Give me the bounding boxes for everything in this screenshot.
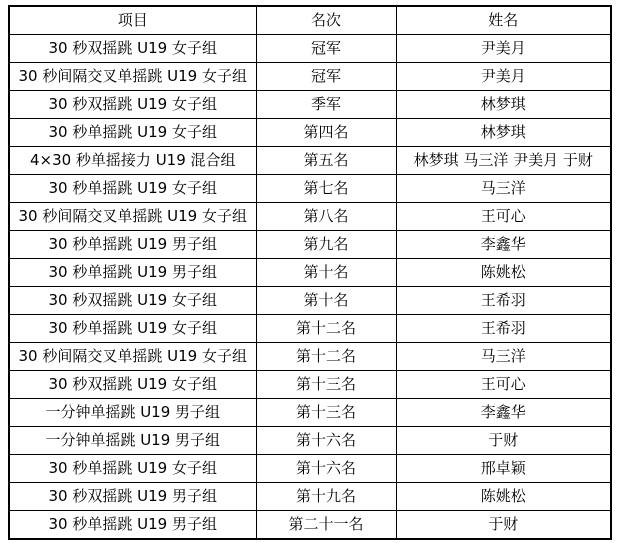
table-row: 30 秒单摇跳 U19 女子组 第四名 林梦琪 (9, 119, 611, 147)
rank-cell: 冠军 (256, 63, 396, 91)
table-row: 一分钟单摇跳 U19 男子组 第十三名 李鑫华 (9, 399, 611, 427)
name-cell: 陈姚松 (396, 259, 611, 287)
table-row: 一分钟单摇跳 U19 男子组 第十六名 于财 (9, 427, 611, 455)
rank-cell: 第九名 (256, 231, 396, 259)
event-cell: 30 秒双摇跳 U19 女子组 (9, 287, 256, 315)
rank-cell: 第十六名 (256, 455, 396, 483)
rank-cell: 第十九名 (256, 483, 396, 511)
results-table: 项目 名次 姓名 30 秒双摇跳 U19 女子组 冠军 尹美月 30 秒间隔交叉… (8, 5, 612, 540)
table-row: 4×30 秒单摇接力 U19 混合组 第五名 林梦琪 马三洋 尹美月 于财 (9, 147, 611, 175)
table-row: 30 秒双摇跳 U19 女子组 第十名 王希羽 (9, 287, 611, 315)
table-row: 30 秒单摇跳 U19 女子组 第十二名 王希羽 (9, 315, 611, 343)
table-row: 30 秒间隔交叉单摇跳 U19 女子组 第八名 王可心 (9, 203, 611, 231)
event-cell: 30 秒单摇跳 U19 女子组 (9, 175, 256, 203)
table-row: 30 秒双摇跳 U19 女子组 季军 林梦琪 (9, 91, 611, 119)
name-cell: 李鑫华 (396, 231, 611, 259)
event-cell: 30 秒单摇跳 U19 男子组 (9, 231, 256, 259)
rank-cell: 冠军 (256, 35, 396, 63)
table-row: 30 秒双摇跳 U19 女子组 冠军 尹美月 (9, 35, 611, 63)
table-row: 30 秒单摇跳 U19 女子组 第七名 马三洋 (9, 175, 611, 203)
header-row: 项目 名次 姓名 (9, 6, 611, 35)
table-row: 30 秒双摇跳 U19 女子组 第十三名 王可心 (9, 371, 611, 399)
name-cell: 王希羽 (396, 315, 611, 343)
rank-cell: 第五名 (256, 147, 396, 175)
event-cell: 30 秒间隔交叉单摇跳 U19 女子组 (9, 343, 256, 371)
name-cell: 马三洋 (396, 343, 611, 371)
table-row: 30 秒单摇跳 U19 男子组 第十名 陈姚松 (9, 259, 611, 287)
table-row: 30 秒间隔交叉单摇跳 U19 女子组 冠军 尹美月 (9, 63, 611, 91)
event-cell: 30 秒双摇跳 U19 女子组 (9, 371, 256, 399)
rank-cell: 第十二名 (256, 315, 396, 343)
event-cell: 30 秒单摇跳 U19 女子组 (9, 315, 256, 343)
name-cell: 王希羽 (396, 287, 611, 315)
table-row: 30 秒间隔交叉单摇跳 U19 女子组 第十二名 马三洋 (9, 343, 611, 371)
event-cell: 30 秒间隔交叉单摇跳 U19 女子组 (9, 63, 256, 91)
page: 项目 名次 姓名 30 秒双摇跳 U19 女子组 冠军 尹美月 30 秒间隔交叉… (0, 0, 618, 543)
name-cell: 林梦琪 马三洋 尹美月 于财 (396, 147, 611, 175)
rank-cell: 季军 (256, 91, 396, 119)
table-row: 30 秒单摇跳 U19 男子组 第九名 李鑫华 (9, 231, 611, 259)
event-cell: 一分钟单摇跳 U19 男子组 (9, 399, 256, 427)
header-name: 姓名 (396, 6, 611, 35)
name-cell: 马三洋 (396, 175, 611, 203)
name-cell: 王可心 (396, 371, 611, 399)
event-cell: 30 秒双摇跳 U19 女子组 (9, 91, 256, 119)
rank-cell: 第十名 (256, 287, 396, 315)
event-cell: 4×30 秒单摇接力 U19 混合组 (9, 147, 256, 175)
header-event: 项目 (9, 6, 256, 35)
rank-cell: 第十三名 (256, 399, 396, 427)
event-cell: 30 秒单摇跳 U19 男子组 (9, 511, 256, 540)
name-cell: 王可心 (396, 203, 611, 231)
table-row: 30 秒单摇跳 U19 女子组 第十六名 邢卓颖 (9, 455, 611, 483)
rank-cell: 第七名 (256, 175, 396, 203)
name-cell: 李鑫华 (396, 399, 611, 427)
event-cell: 30 秒间隔交叉单摇跳 U19 女子组 (9, 203, 256, 231)
name-cell: 邢卓颖 (396, 455, 611, 483)
event-cell: 30 秒单摇跳 U19 女子组 (9, 119, 256, 147)
table-row: 30 秒单摇跳 U19 男子组 第二十一名 于财 (9, 511, 611, 540)
name-cell: 于财 (396, 427, 611, 455)
rank-cell: 第二十一名 (256, 511, 396, 540)
rank-cell: 第十三名 (256, 371, 396, 399)
name-cell: 于财 (396, 511, 611, 540)
rank-cell: 第四名 (256, 119, 396, 147)
event-cell: 一分钟单摇跳 U19 男子组 (9, 427, 256, 455)
event-cell: 30 秒单摇跳 U19 男子组 (9, 259, 256, 287)
rank-cell: 第八名 (256, 203, 396, 231)
rank-cell: 第十名 (256, 259, 396, 287)
event-cell: 30 秒双摇跳 U19 女子组 (9, 35, 256, 63)
event-cell: 30 秒双摇跳 U19 男子组 (9, 483, 256, 511)
name-cell: 林梦琪 (396, 119, 611, 147)
name-cell: 尹美月 (396, 63, 611, 91)
rank-cell: 第十六名 (256, 427, 396, 455)
header-rank: 名次 (256, 6, 396, 35)
event-cell: 30 秒单摇跳 U19 女子组 (9, 455, 256, 483)
name-cell: 林梦琪 (396, 91, 611, 119)
name-cell: 尹美月 (396, 35, 611, 63)
name-cell: 陈姚松 (396, 483, 611, 511)
rank-cell: 第十二名 (256, 343, 396, 371)
table-row: 30 秒双摇跳 U19 男子组 第十九名 陈姚松 (9, 483, 611, 511)
results-table-body: 30 秒双摇跳 U19 女子组 冠军 尹美月 30 秒间隔交叉单摇跳 U19 女… (9, 35, 611, 540)
